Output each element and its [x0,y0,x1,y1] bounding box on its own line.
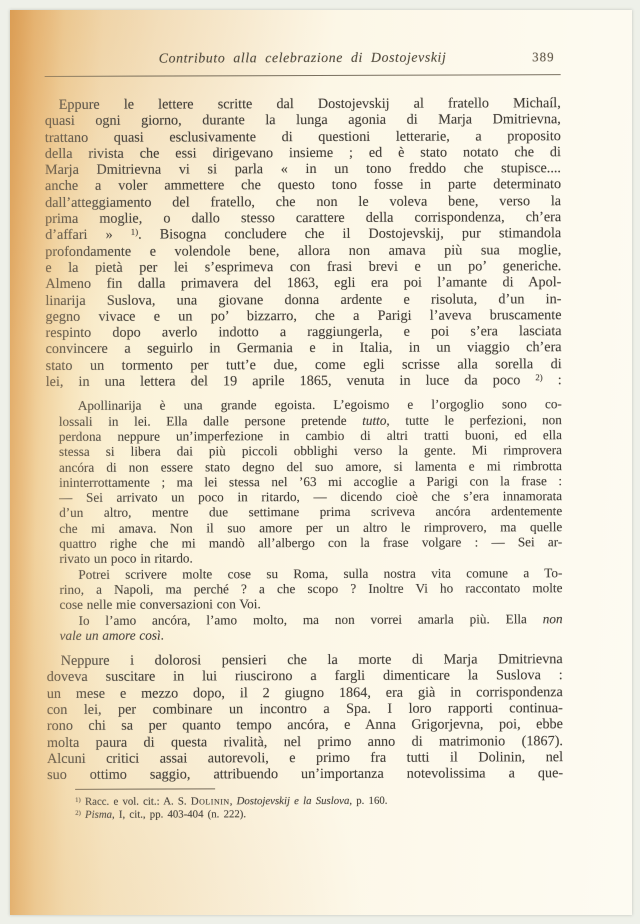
text-line: gegno vivace e un po’ bizzarro, che a Pa… [45,307,561,325]
text-line: stato un tormento per tutt’e due, come e… [46,356,562,374]
text-line: quattro righe che mi mandò all’albergo c… [59,534,562,551]
text-line: cose nelle mie conversazioni con Voi. [59,595,562,612]
running-header-title: Contributo alla celebrazione di Dostojev… [45,49,561,67]
text-line: lei, in una lettera del 19 aprile 1865, … [46,372,562,390]
text-line: con lei, per combinare un incontro a Spa… [47,700,563,718]
text-line: d’un altro, mentre due settimane prima s… [59,504,562,521]
text-line: vale un amore così. [60,626,563,643]
footnote-item: 2) Pisma, I, cit., pp. 403-404 (n. 222). [75,807,563,821]
text-line: e la pietà per lei s’esprimeva con frasi… [45,258,561,276]
book-page-scan: Contributo alla celebrazione di Dostojev… [10,10,632,915]
paragraph: Neppure i dolorosi pensieri che la morte… [47,651,563,783]
page-number: 389 [532,49,555,65]
text-line: ancóra di non essere stato degno del suo… [59,458,562,475]
text-line: — Sei arrivato un poco in ritardo, — dic… [59,488,562,505]
paragraph: Io l’amo ancóra, l’amo molto, ma non vor… [60,611,563,643]
text-line: Marja Dmitrievna vi si parla « in un ton… [45,160,561,178]
text-line: rono chi sa per quanto tempo ancóra, e A… [47,716,563,734]
text-line: rino, a Napoli, ma perché ? a che scopo … [59,580,562,597]
text-line: stessa si libera dai più piccoli obbligh… [59,442,562,459]
text-line: Io l’amo ancóra, l’amo molto, ma non vor… [60,611,563,628]
text-line: rivato un poco in ritardo. [59,549,562,566]
paragraph: Apollinarija è una grande egoista. L’ego… [59,397,563,567]
text-line: Alcuni critici assai autorevoli, e primo… [47,749,563,767]
text-line: lossali in lei. Ella dalle persone prete… [59,412,562,429]
text-line: trattano quasi esclusivamente di questio… [45,128,561,146]
text-line: un mese e mezzo dopo, il 2 giugno 1864, … [47,684,563,702]
text-line: della rivista che essi dirigevano insiem… [45,144,561,162]
text-line: convincere a seguirlo in Germania e in I… [46,340,562,358]
text-line: respinto dopo averlo indotto a raggiunge… [46,323,562,341]
paragraph: Potrei scrivere molte cose su Roma, sull… [59,565,562,613]
text-line: molta paura di questa rivalità, nel prim… [47,733,563,751]
text-line: prima moglie, o dallo stesso carattere d… [45,209,561,227]
text-line: Potrei scrivere molte cose su Roma, sull… [59,565,562,582]
footnote-separator-rule [75,789,215,790]
paragraph: Eppure le lettere scritte dal Dostojevsk… [45,95,562,390]
body-text: Eppure le lettere scritte dal Dostojevsk… [45,95,563,783]
text-line: profondamente e volendole bene, allora n… [45,242,561,260]
text-line: Apollinarija è una grande egoista. L’ego… [59,397,562,414]
text-line: anche a voler ammettere che questo tono … [45,177,561,195]
text-line: dall’atteggiamento del fratello, che non… [45,193,561,211]
screenshot-frame: Contributo alla celebrazione di Dostojev… [0,0,640,924]
page-content: Contributo alla celebrazione di Dostojev… [8,9,633,916]
text-line: suo ottimo saggio, attribuendo un’import… [47,765,563,783]
text-line: d’affari » 1). Bisogna concludere che il… [45,226,561,244]
text-line: ininterrottamente ; ma lei stessa nel ’6… [59,473,562,490]
footnotes: 1) Racc. e vol. cit.: A. S. Dolinin, Dos… [75,795,563,822]
text-line: linarija Suslova, una giovane donna arde… [45,291,561,309]
text-line: quasi ogni giorno, durante la lunga agon… [45,111,561,129]
text-line: doveva suscitare in lui riuscirono a far… [47,668,563,686]
text-line: Almeno fin dalla primavera del 1863, egl… [45,274,561,292]
text-line: Neppure i dolorosi pensieri che la morte… [47,651,563,669]
block-quote: Apollinarija è una grande egoista. L’ego… [59,397,563,644]
running-header: Contributo alla celebrazione di Dostojev… [45,49,561,77]
text-line: perdona neppure un’imperfezione in cambi… [59,427,562,444]
text-line: Eppure le lettere scritte dal Dostojevsk… [45,95,561,113]
text-line: che mi amava. Non il suo amore per un al… [59,519,562,536]
